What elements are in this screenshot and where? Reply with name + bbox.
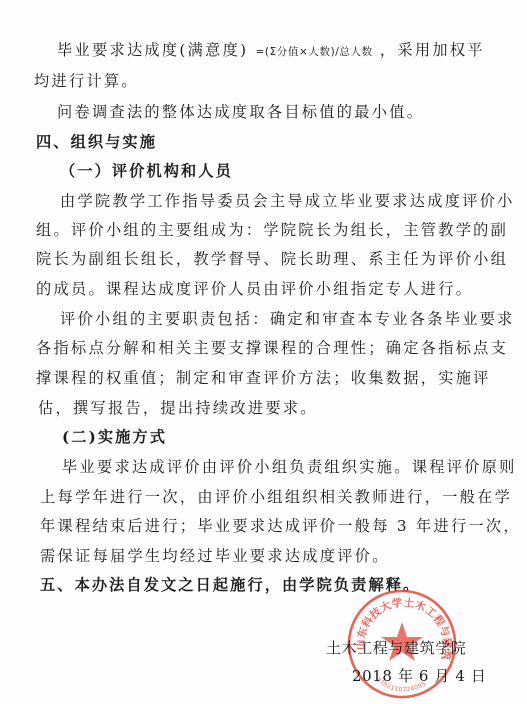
signature-date: 2018 年 6 月 4 日 bbox=[352, 665, 487, 686]
sub1-para1-line1: 由学院教学工作指导委员会主导成立毕业要求达成度评价小 bbox=[60, 191, 515, 211]
sub1-para2-line1: 评价小组的主要职责包括：确定和审查本专业各条毕业要求 bbox=[60, 309, 515, 329]
sub2-para1-line2: 上每学年进行一次，由评价小组组织相关教师进行，一般在学 bbox=[40, 487, 512, 507]
sub1-para1-line4: 的成员。课程达成度评价人员由评价小组指定专人进行。 bbox=[36, 279, 473, 299]
sub2-para1-line4: 需保证每届学生均经过毕业要求达成度评价。 bbox=[40, 546, 390, 566]
sub1-para1-line2: 组。评价小组的主要组成为：学院院长为组长，主管教学的副 bbox=[36, 220, 508, 240]
signature-organization: 土木工程与建筑学院 bbox=[326, 637, 466, 658]
questionnaire-paragraph: 问卷调查法的整体达成度取各目标值的最小值。 bbox=[57, 102, 424, 122]
sub1-para2-line2: 各指标点分解和相关主要支撑课程的合理性；确定各指标点支 bbox=[36, 338, 508, 358]
sub2-para1-line1: 毕业要求达成评价由评价小组负责组织实施。课程评价原则 bbox=[62, 457, 517, 477]
formula-lead-text: 毕业要求达成度(满意度) bbox=[57, 41, 248, 59]
sub1-para1-line3: 院长为副组长组长，教学督导、院长助理、系主任为评价小组 bbox=[36, 249, 508, 269]
document-page: 毕业要求达成度(满意度) =(Σ分值×人数)/总人数 ，采用加权平 均进行计算。… bbox=[0, 0, 527, 704]
formula-line: 毕业要求达成度(满意度) =(Σ分值×人数)/总人数 ，采用加权平 bbox=[57, 40, 485, 62]
sub1-para2-line4: 估，撰写报告，提出持续改进要求。 bbox=[38, 398, 318, 418]
formula-tail-text: ，采用加权平 bbox=[380, 41, 485, 59]
sub1-para2-line3: 撑课程的权重值；制定和审查评价方法；收集数据，实施评 bbox=[36, 368, 491, 388]
formula-expression: =(Σ分值×人数)/总人数 bbox=[255, 46, 372, 58]
sub2-para1-line3: 年课程结束后进行；毕业要求达成评价一般每 3 年进行一次， bbox=[40, 516, 521, 536]
subsection-2-heading: (二)实施方式 bbox=[62, 427, 167, 447]
section-4-heading: 四、组织与实施 bbox=[36, 132, 157, 152]
subsection-1-heading: （一）评价机构和人员 bbox=[60, 161, 233, 181]
formula-continuation: 均进行计算。 bbox=[34, 71, 139, 91]
